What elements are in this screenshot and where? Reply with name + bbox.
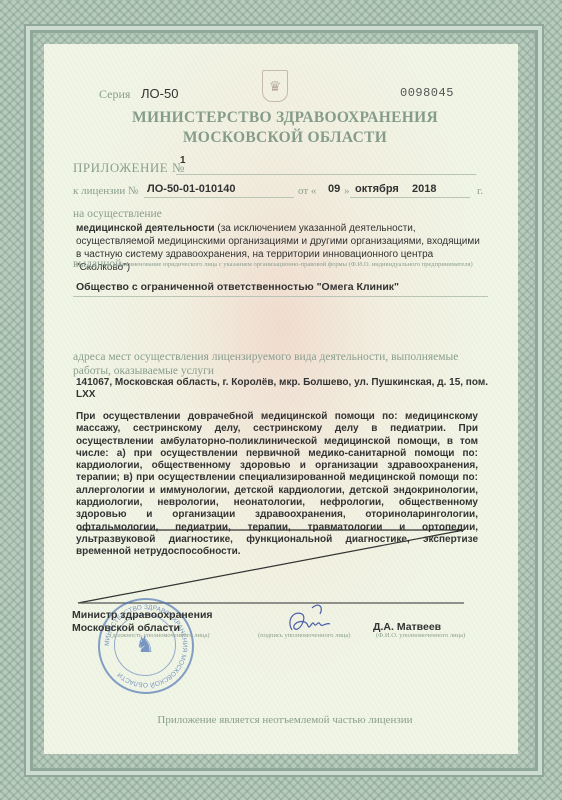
position-note: (должность уполномоченного лица) — [110, 632, 210, 639]
footer-note: Приложение является неотъемлемой частью … — [60, 714, 510, 726]
signature-note: (подпись уполномоченного лица) — [258, 632, 350, 639]
position-line1: Министр здравоохранения — [72, 609, 213, 622]
strike-lines — [0, 0, 562, 800]
name-note: (Ф.И.О. уполномоченного лица) — [376, 632, 465, 639]
